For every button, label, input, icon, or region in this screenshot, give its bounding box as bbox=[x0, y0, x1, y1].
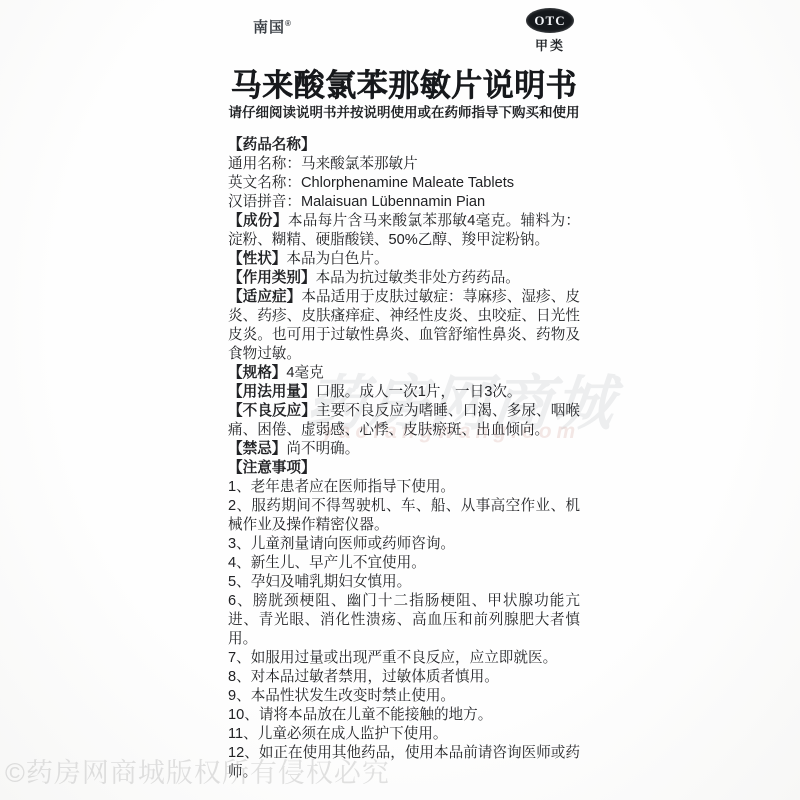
otc-class-label: 甲类 bbox=[524, 35, 576, 54]
generic-name-line: 通用名称：马来酸氯苯那敏片 bbox=[228, 155, 580, 174]
registered-trademark-mark: ® bbox=[285, 19, 292, 28]
precaution-item: 3、儿童剂量请向医师或药师咨询。 bbox=[228, 535, 580, 554]
precaution-item: 12、如正在使用其他药品，使用本品前请咨询医师或药师。 bbox=[228, 744, 580, 782]
page-subtitle: 请仔细阅读说明书并按说明使用或在药师指导下购买和使用 bbox=[214, 101, 594, 121]
precaution-item: 6、膀胱颈梗阻、幽门十二指肠梗阻、甲状腺功能亢进、青光眼、消化性溃疡、高血压和前… bbox=[228, 592, 580, 649]
section-category: 【作用类别】本品为抗过敏类非处方药药品。 bbox=[228, 269, 580, 288]
precaution-item: 4、新生儿、早产儿不宜使用。 bbox=[228, 554, 580, 573]
section-dosage: 【用法用量】口服。成人一次1片，一日3次。 bbox=[228, 383, 580, 402]
precaution-item: 1、老年患者应在医师指导下使用。 bbox=[228, 478, 580, 497]
leaflet-body: 【药品名称】 通用名称：马来酸氯苯那敏片 英文名称：Chlorphenamine… bbox=[228, 136, 580, 782]
precaution-item: 7、如服用过量或出现严重不良反应，应立即就医。 bbox=[228, 649, 580, 668]
precaution-item: 10、请将本品放在儿童不能接触的地方。 bbox=[228, 706, 580, 725]
section-indications: 【适应症】本品适用于皮肤过敏症：荨麻疹、湿疹、皮炎、药疹、皮肤瘙痒症、神经性皮炎… bbox=[228, 288, 580, 364]
section-contraindications: 【禁忌】尚不明确。 bbox=[228, 440, 580, 459]
section-strength: 【规格】4毫克 bbox=[228, 364, 580, 383]
precaution-item: 9、本品性状发生改变时禁止使用。 bbox=[228, 687, 580, 706]
page-title: 马来酸氯苯那敏片说明书 bbox=[214, 60, 594, 105]
precaution-list: 1、老年患者应在医师指导下使用。 2、服药期间不得驾驶机、车、船、从事高空作业、… bbox=[228, 478, 580, 782]
leaflet-page: 药房网商城 yaofangwang.com 南国® OTC 甲类 马来酸氯苯那敏… bbox=[0, 0, 800, 800]
section-adverse-reactions: 【不良反应】主要不良反应为嗜睡、口渴、多尿、咽喉痛、困倦、虚弱感、心悸、皮肤瘀斑… bbox=[228, 402, 580, 440]
section-ingredients: 【成份】本品每片含马来酸氯苯那敏4毫克。辅料为：淀粉、糊精、硬脂酸镁、50%乙醇… bbox=[228, 212, 580, 250]
otc-oval-icon: OTC bbox=[526, 8, 574, 33]
precaution-item: 8、对本品过敏者禁用，过敏体质者慎用。 bbox=[228, 668, 580, 687]
precautions-header: 【注意事项】 bbox=[228, 459, 580, 478]
otc-badge: OTC 甲类 bbox=[524, 8, 576, 54]
precaution-item: 2、服药期间不得驾驶机、车、船、从事高空作业、机械作业及操作精密仪器。 bbox=[228, 497, 580, 535]
section-description: 【性状】本品为白色片。 bbox=[228, 250, 580, 269]
precaution-item: 11、儿童必须在成人监护下使用。 bbox=[228, 725, 580, 744]
pinyin-name-line: 汉语拼音：Malaisuan Lübennamin Pian bbox=[228, 193, 580, 212]
drug-name-header: 【药品名称】 bbox=[228, 136, 580, 155]
brand-name: 南国 bbox=[253, 19, 285, 36]
english-name-line: 英文名称：Chlorphenamine Maleate Tablets bbox=[228, 174, 580, 193]
brand-logo: 南国® bbox=[253, 16, 292, 37]
precaution-item: 5、孕妇及哺乳期妇女慎用。 bbox=[228, 573, 580, 592]
